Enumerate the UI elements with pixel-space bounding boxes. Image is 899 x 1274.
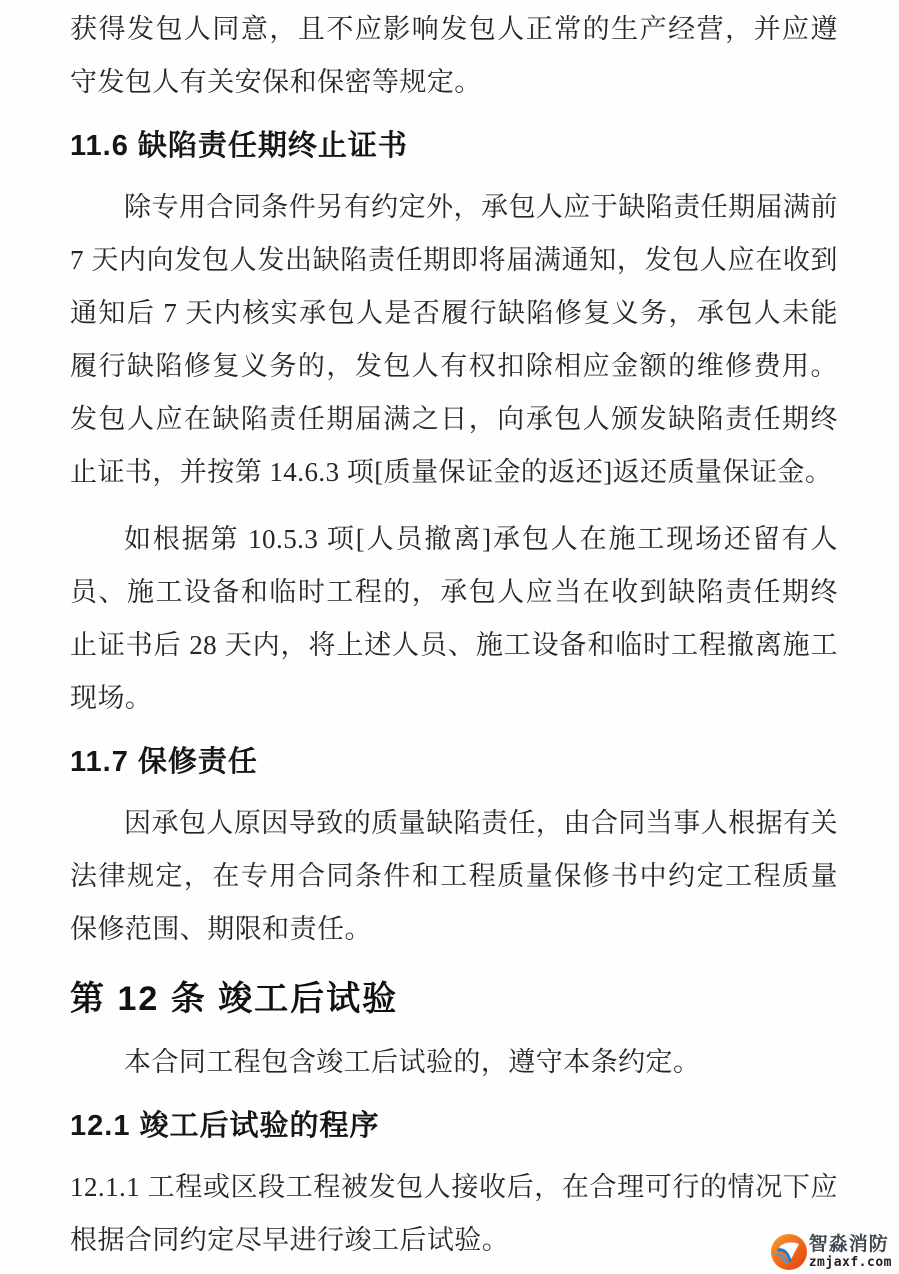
section-heading-12-1: 12.1 竣工后试验的程序 [70,1105,838,1147]
brand-name: 智淼消防 [809,1235,892,1254]
brand-watermark: 智淼消防 zmjaxf.com [771,1234,892,1270]
document-page: 获得发包人同意，且不应影响发包人正常的生产经营，并应遵守发包人有关安保和保密等规… [0,0,899,1274]
brand-logo-icon [771,1234,807,1270]
section-heading-11-6: 11.6 缺陷责任期终止证书 [70,125,838,167]
paragraph-clause-12-1-1: 12.1.1 工程或区段工程被发包人接收后，在合理可行的情况下应根据合同约定尽早… [70,1161,838,1267]
paragraph-defect-certificate: 除专用合同条件另有约定外，承包人应于缺陷责任期届满前 7 天内向发包人发出缺陷责… [70,181,838,499]
paragraph-warranty: 因承包人原因导致的质量缺陷责任，由合同当事人根据有关法律规定，在专用合同条件和工… [70,797,838,956]
paragraph-chapter-12-intro: 本合同工程包含竣工后试验的，遵守本条约定。 [70,1036,838,1089]
brand-text-group: 智淼消防 zmjaxf.com [809,1235,892,1269]
brand-domain: zmjaxf.com [809,1256,892,1269]
paragraph-continuation: 获得发包人同意，且不应影响发包人正常的生产经营，并应遵守发包人有关安保和保密等规… [70,3,838,109]
document-body: 获得发包人同意，且不应影响发包人正常的生产经营，并应遵守发包人有关安保和保密等规… [70,3,838,1267]
chapter-heading-12: 第 12 条 竣工后试验 [70,976,838,1022]
section-heading-11-7: 11.7 保修责任 [70,741,838,783]
paragraph-site-withdrawal: 如根据第 10.5.3 项[人员撤离]承包人在施工现场还留有人员、施工设备和临时… [70,513,838,725]
